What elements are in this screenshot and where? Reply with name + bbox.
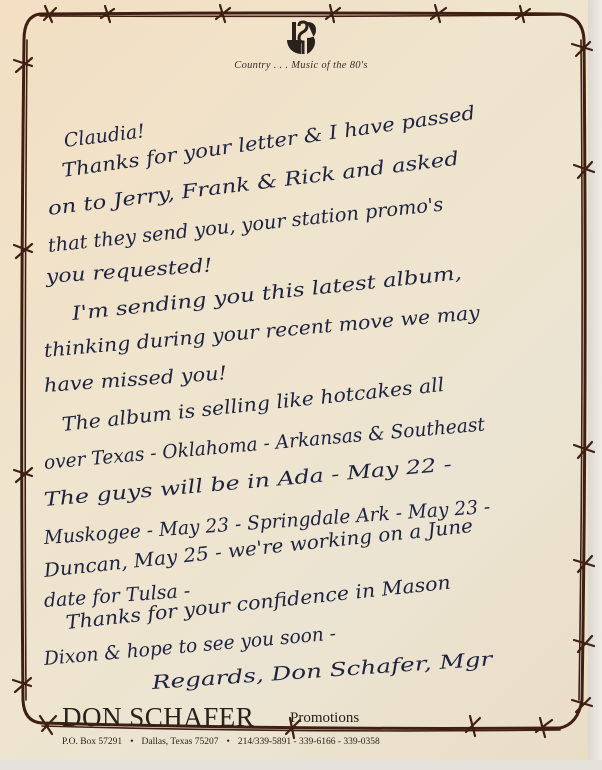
dsp-logo-icon	[283, 18, 319, 58]
po-box: P.O. Box 57291	[62, 737, 122, 747]
address-line: P.O. Box 57291•Dallas, Texas 75207•214/3…	[62, 737, 380, 747]
bullet: •	[227, 737, 230, 747]
tagline: Country . . . Music of the 80's	[0, 60, 602, 71]
city: Dallas, Texas 75207	[142, 737, 219, 747]
bullet: •	[130, 737, 133, 747]
company-subtitle: Promotions	[290, 710, 359, 727]
phone-numbers: 214/339-5891 - 339-6166 - 339-0358	[238, 737, 380, 747]
company-name: DON SCHAFER	[62, 702, 254, 733]
